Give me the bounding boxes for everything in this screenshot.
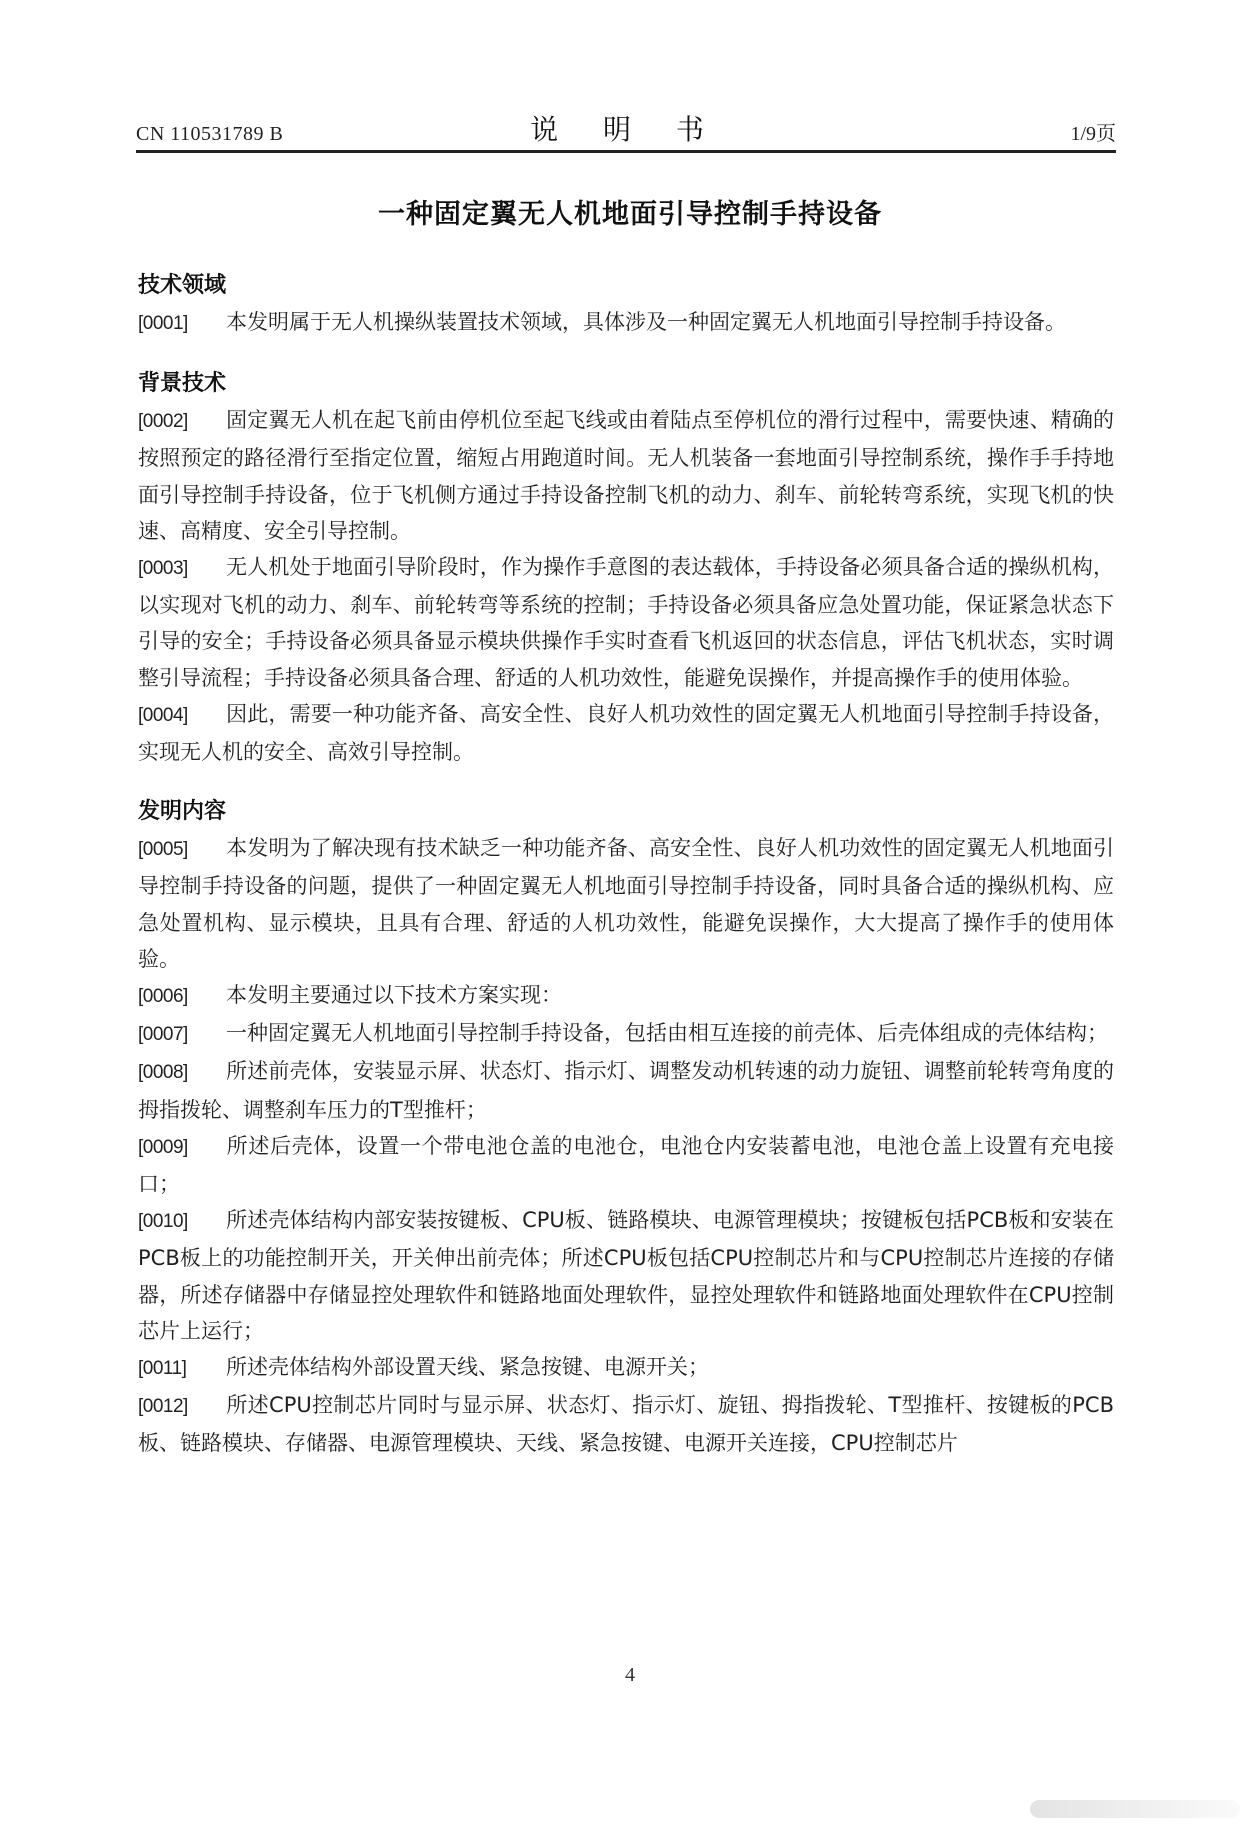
paragraph-number: [0012] [138, 1389, 226, 1425]
paragraph-text: 本发明主要通过以下技术方案实现： [226, 983, 562, 1007]
paragraph: [0012]所述CPU控制芯片同时与显示屏、状态灯、指示灯、旋钮、拇指拨轮、T型… [138, 1387, 1114, 1461]
paragraph-number: [0001] [138, 306, 226, 342]
section-heading-technical-field: 技术领域 [138, 268, 1114, 304]
paragraph: [0003]无人机处于地面引导阶段时，作为操作手意图的表达载体，手持设备必须具备… [138, 549, 1114, 696]
paragraph-number: [0004] [138, 698, 226, 734]
paragraph-text: 所述前壳体，安装显示屏、状态灯、指示灯、调整发动机转速的动力旋钮、调整前轮转弯角… [138, 1059, 1114, 1121]
patent-page: CN 110531789 B 说 明 书 1/9页 一种固定翼无人机地面引导控制… [0, 0, 1260, 1844]
paragraph-text: 本发明为了解决现有技术缺乏一种功能齐备、高安全性、良好人机功效性的固定翼无人机地… [138, 836, 1114, 971]
paragraph-text: 固定翼无人机在起飞前由停机位至起飞线或由着陆点至停机位的滑行过程中，需要快速、精… [138, 408, 1114, 543]
document-body: 技术领域 [0001]本发明属于无人机操纵装置技术领域，具体涉及一种固定翼无人机… [138, 268, 1114, 1462]
paragraph-text: 本发明属于无人机操纵装置技术领域，具体涉及一种固定翼无人机地面引导控制手持设备。 [226, 310, 1066, 334]
paragraph: [0008]所述前壳体，安装显示屏、状态灯、指示灯、调整发动机转速的动力旋钮、调… [138, 1053, 1114, 1127]
section-gap [138, 770, 1114, 794]
paragraph-text: 无人机处于地面引导阶段时，作为操作手意图的表达载体，手持设备必须具备合适的操纵机… [138, 555, 1114, 690]
page-indicator: 1/9页 [1070, 117, 1116, 146]
paragraph-text: 一种固定翼无人机地面引导控制手持设备，包括由相互连接的前壳体、后壳体组成的壳体结… [226, 1021, 1108, 1045]
section-gap [138, 342, 1114, 366]
header-rule [136, 150, 1116, 153]
paragraph-text: 所述壳体结构内部安装按键板、CPU板、链路模块、电源管理模块；按键板包括PCB板… [138, 1208, 1114, 1343]
page-header: CN 110531789 B 说 明 书 1/9页 [136, 108, 1116, 152]
page-number: 4 [0, 1664, 1260, 1687]
paragraph-number: [0011] [138, 1351, 226, 1387]
paragraph: [0002]固定翼无人机在起飞前由停机位至起飞线或由着陆点至停机位的滑行过程中，… [138, 402, 1114, 549]
document-type: 说 明 书 [136, 108, 1116, 148]
paragraph: [0011]所述壳体结构外部设置天线、紧急按键、电源开关； [138, 1349, 1114, 1387]
paragraph-number: [0008] [138, 1055, 226, 1091]
paragraph-number: [0007] [138, 1017, 226, 1053]
paragraph-number: [0003] [138, 551, 226, 587]
section-heading-summary: 发明内容 [138, 794, 1114, 830]
paragraph-text: 因此，需要一种功能齐备、高安全性、良好人机功效性的固定翼无人机地面引导控制手持设… [138, 702, 1114, 764]
paragraph-text: 所述后壳体，设置一个带电池仓盖的电池仓，电池仓内安装蓄电池，电池仓盖上设置有充电… [138, 1134, 1114, 1196]
paragraph: [0001]本发明属于无人机操纵装置技术领域，具体涉及一种固定翼无人机地面引导控… [138, 304, 1114, 342]
paragraph: [0009]所述后壳体，设置一个带电池仓盖的电池仓，电池仓内安装蓄电池，电池仓盖… [138, 1128, 1114, 1202]
paragraph-number: [0002] [138, 404, 226, 440]
paragraph: [0004]因此，需要一种功能齐备、高安全性、良好人机功效性的固定翼无人机地面引… [138, 696, 1114, 770]
paragraph-text: 所述CPU控制芯片同时与显示屏、状态灯、指示灯、旋钮、拇指拨轮、T型推杆、按键板… [138, 1393, 1114, 1455]
paragraph-number: [0010] [138, 1204, 226, 1240]
paragraph: [0007]一种固定翼无人机地面引导控制手持设备，包括由相互连接的前壳体、后壳体… [138, 1015, 1114, 1053]
paragraph: [0006]本发明主要通过以下技术方案实现： [138, 977, 1114, 1015]
paragraph: [0010]所述壳体结构内部安装按键板、CPU板、链路模块、电源管理模块；按键板… [138, 1202, 1114, 1349]
invention-title: 一种固定翼无人机地面引导控制手持设备 [0, 192, 1260, 231]
paragraph-number: [0009] [138, 1130, 226, 1166]
paragraph-text: 所述壳体结构外部设置天线、紧急按键、电源开关； [226, 1355, 709, 1379]
paragraph-number: [0006] [138, 979, 226, 1015]
paragraph-number: [0005] [138, 832, 226, 868]
section-heading-background: 背景技术 [138, 366, 1114, 402]
watermark-smudge [1030, 1800, 1240, 1818]
paragraph: [0005]本发明为了解决现有技术缺乏一种功能齐备、高安全性、良好人机功效性的固… [138, 830, 1114, 977]
